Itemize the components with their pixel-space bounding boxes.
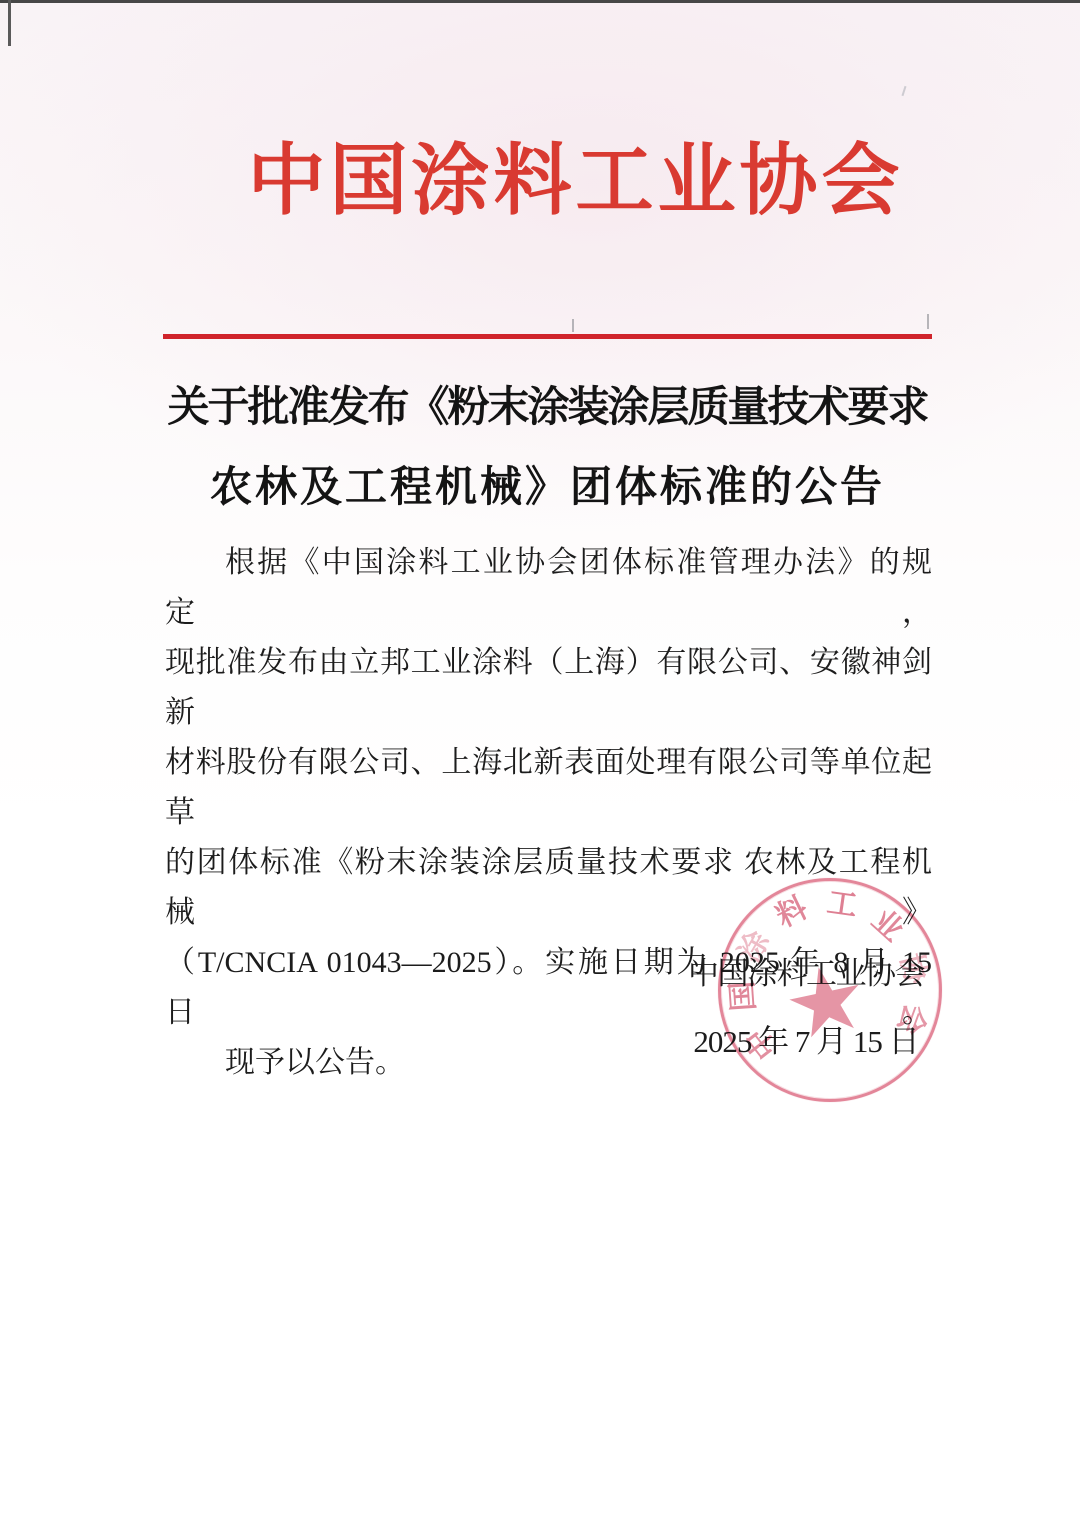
scan-speck <box>927 314 929 329</box>
document-title-line1: 关于批准发布《粉末涂装涂层质量技术要求 <box>140 368 955 448</box>
body-line: 的团体标准《粉末涂装涂层质量技术要求 农林及工程机械》 <box>165 838 932 938</box>
scan-edge-artifact <box>0 0 1080 3</box>
document-title: 关于批准发布《粉末涂装涂层质量技术要求 农林及工程机械》团体标准的公告 <box>140 368 955 528</box>
body-line: 现批准发布由立邦工业涂料（上海）有限公司、安徽神剑新 <box>165 638 932 738</box>
letterhead-divider-rule <box>163 334 932 339</box>
scanned-announcement-page: 中国涂料工业协会 关于批准发布《粉末涂装涂层质量技术要求 农林及工程机械》团体标… <box>0 0 1080 1527</box>
scan-speck <box>902 86 907 96</box>
signature-block: 中国涂料工业协会 2025 年 7 月 15 日 <box>688 948 924 1061</box>
body-line: 材料股份有限公司、上海北新表面处理有限公司等单位起草 <box>165 738 932 838</box>
document-title-line2: 农林及工程机械》团体标准的公告 <box>140 448 955 528</box>
signature-org-name: 中国涂料工业协会 <box>688 948 924 993</box>
scan-speck <box>572 319 574 332</box>
body-line: 根据《中国涂料工业协会团体标准管理办法》的规定， <box>165 538 932 638</box>
signature-date: 2025 年 7 月 15 日 <box>688 1016 924 1061</box>
scan-edge-artifact <box>8 0 11 46</box>
letterhead-org-name: 中国涂料工业协会 <box>191 118 960 230</box>
